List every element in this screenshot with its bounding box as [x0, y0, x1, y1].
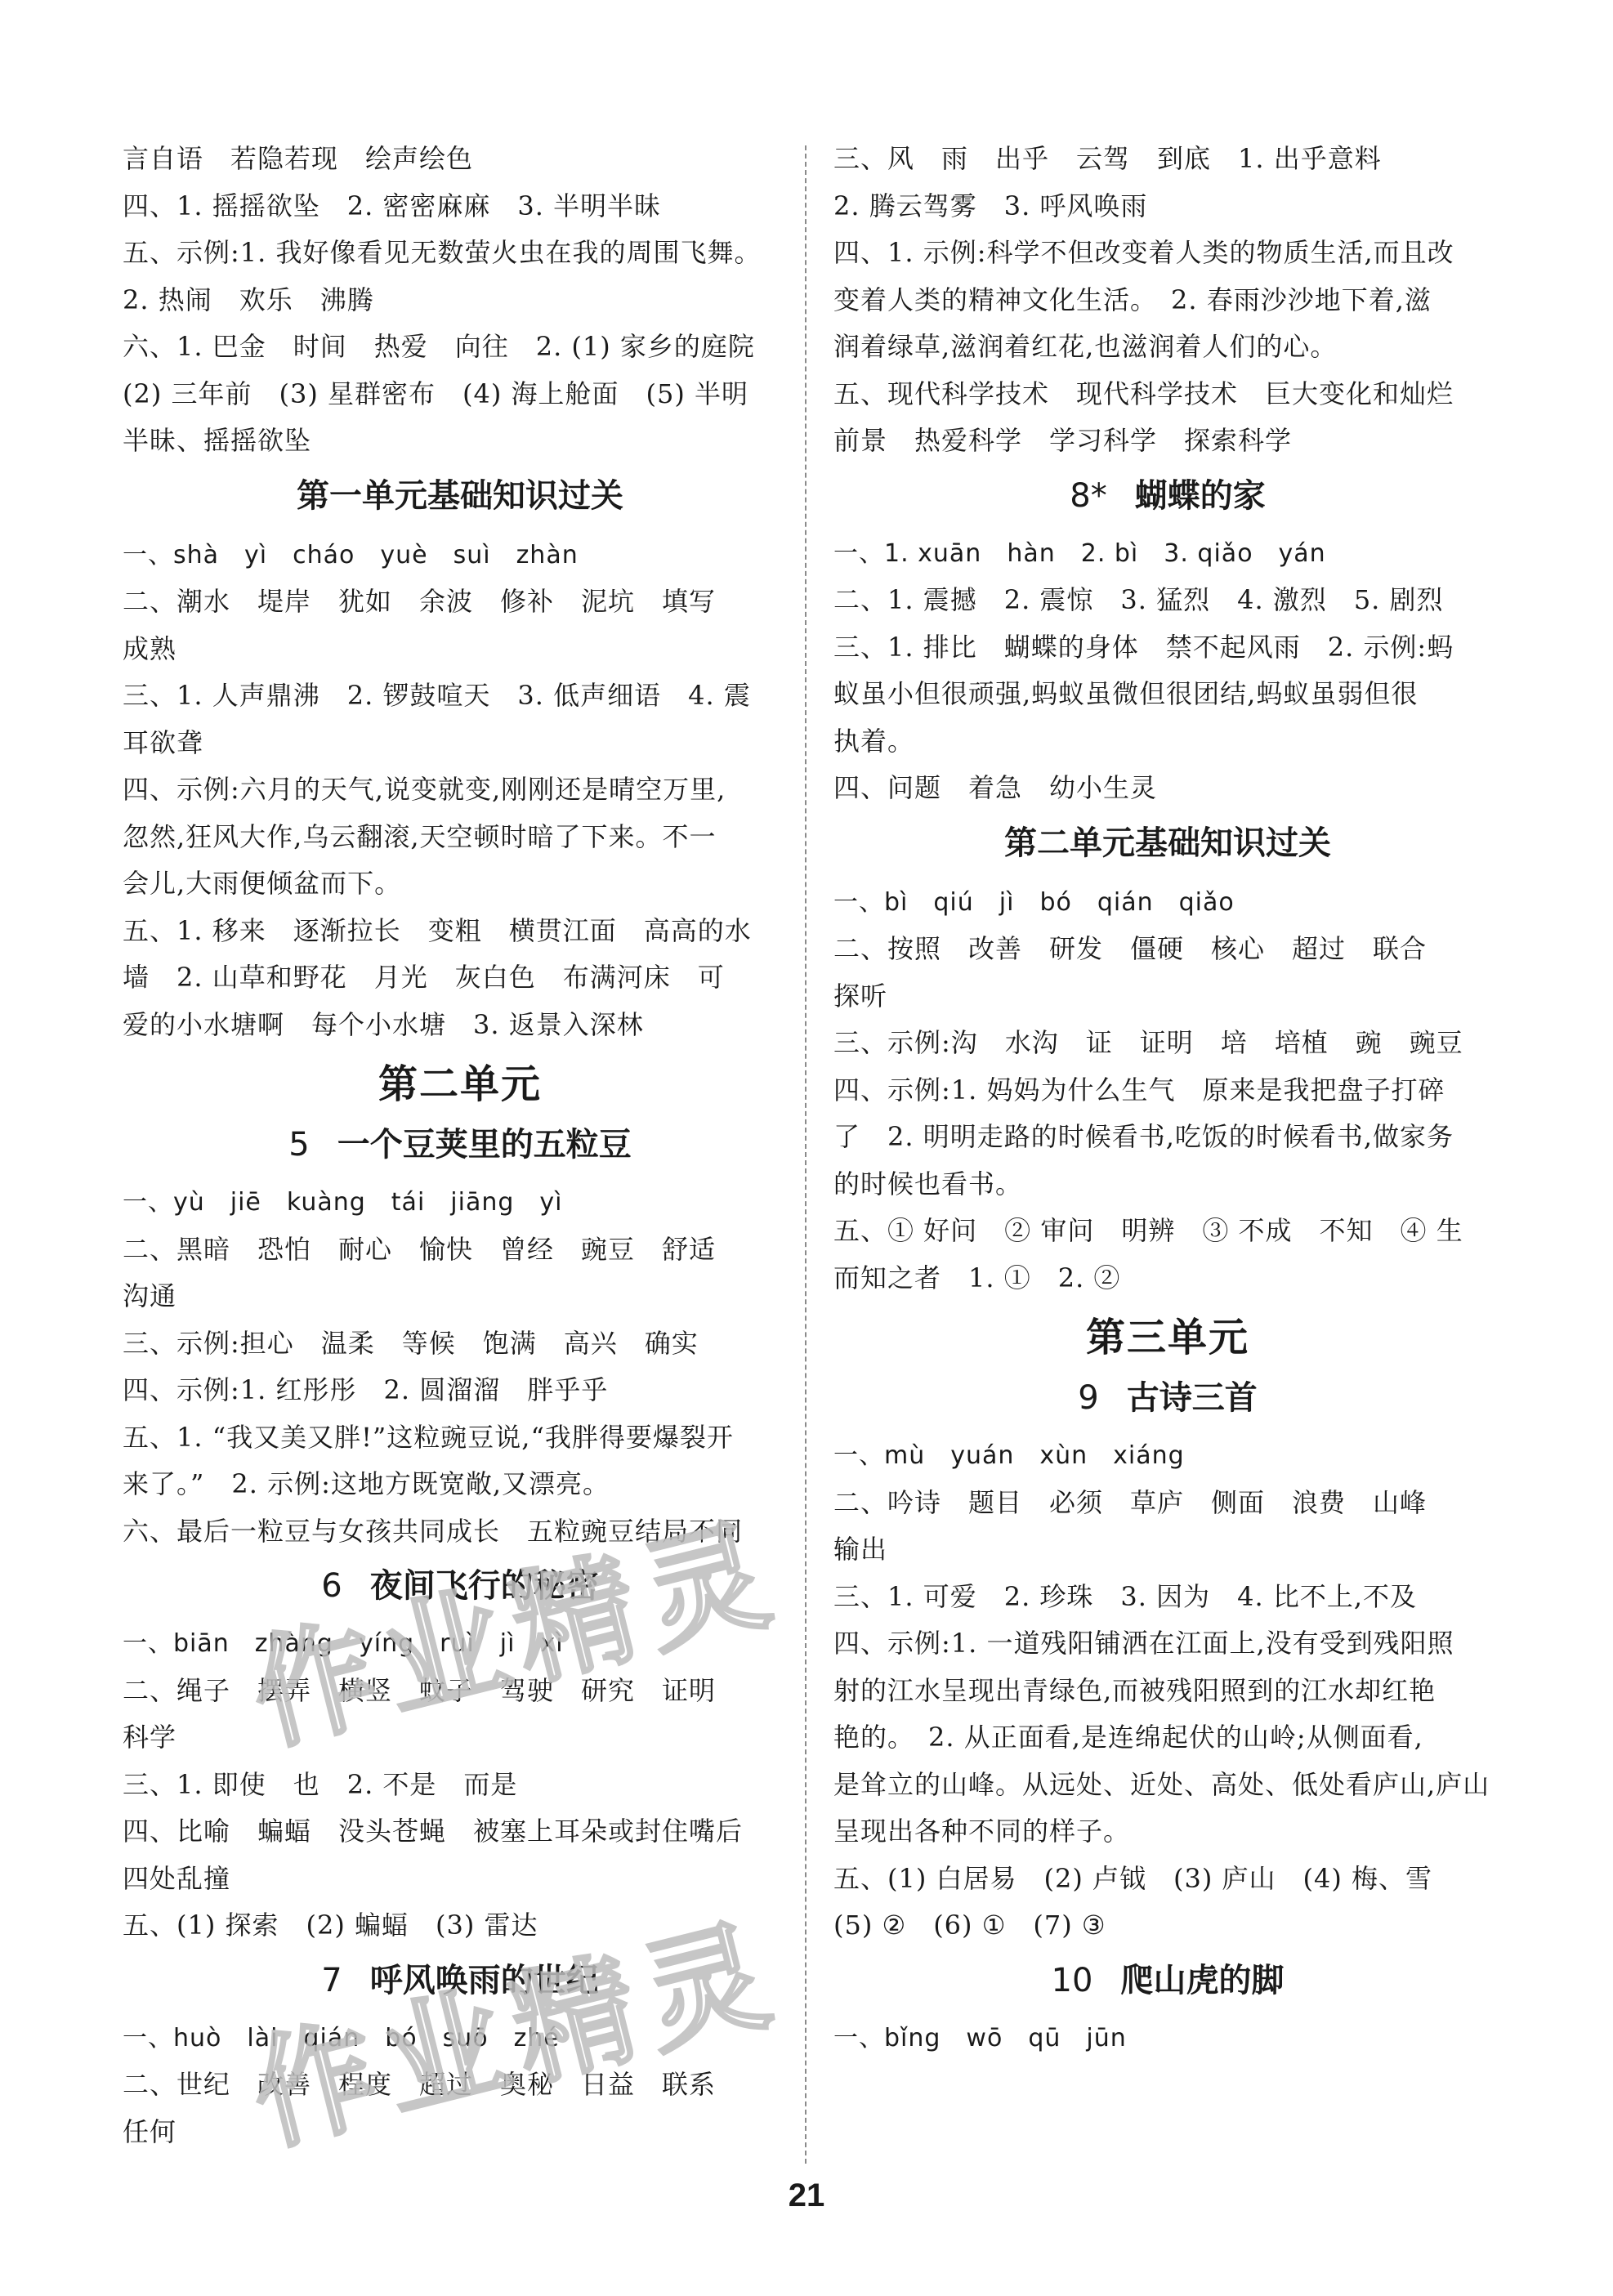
answer-line: 是耸立的山峰。从远处、近处、高处、低处看庐山,庐山	[833, 1762, 1502, 1809]
answer-line: 科学	[123, 1714, 798, 1762]
answer-line: 沟通	[123, 1273, 798, 1320]
left-column: 言自语 若隐若现 绘声绘色四、1. 摇摇欲坠 2. 密密麻麻 3. 半明半昧五、…	[123, 136, 798, 2155]
answer-line: 爱的小水塘啊 每个小水塘 3. 返景入深林	[123, 1002, 798, 1049]
answer-line: 三、1. 人声鼎沸 2. 锣鼓喧天 3. 低声细语 4. 震	[123, 672, 798, 720]
answer-line: 射的江水呈现出青绿色,而被残阳照到的江水却红艳	[833, 1668, 1502, 1715]
answer-line: 输出	[833, 1526, 1502, 1574]
lesson-title: 一个豆荚里的五粒豆	[337, 1126, 632, 1164]
answer-line: 一、shà yì cháo yuè suì zhàn	[123, 532, 798, 579]
section-heading: 第二单元基础知识过关	[833, 819, 1502, 868]
answer-line: 而知之者 1. ① 2. ②	[833, 1255, 1502, 1302]
answer-line: 三、1. 可爱 2. 珍珠 3. 因为 4. 比不上,不及	[833, 1574, 1502, 1621]
answer-line: 二、按照 改善 研发 僵硬 核心 超过 联合	[833, 926, 1502, 973]
lesson-number: 5	[288, 1126, 309, 1164]
answer-line: 三、示例:沟 水沟 证 证明 培 培植 豌 豌豆	[833, 1020, 1502, 1067]
lesson-heading: 6夜间飞行的秘密	[123, 1561, 798, 1610]
answer-line: 二、吟诗 题目 必须 草庐 侧面 浪费 山峰	[833, 1480, 1502, 1527]
answer-line: 润着绿草,滋润着红花,也滋润着人们的心。	[833, 324, 1502, 371]
answer-line: 蚁虽小但很顽强,蚂蚁虽微但很团结,蚂蚁虽弱但很	[833, 671, 1502, 718]
answer-line: 四、示例:六月的天气,说变就变,刚刚还是晴空万里,	[123, 766, 798, 814]
answer-line: 四、示例:1. 一道残阳铺洒在江面上,没有受到残阳照	[833, 1620, 1502, 1668]
answer-line: 四处乱撞	[123, 1856, 798, 1903]
answer-line: 来了。” 2. 示例:这地方既宽敞,又漂亮。	[123, 1461, 798, 1508]
page-number: 21	[0, 2178, 1613, 2214]
section-heading: 第一单元基础知识过关	[123, 471, 798, 520]
answer-line: 五、(1) 探索 (2) 蝙蝠 (3) 雷达	[123, 1902, 798, 1950]
answer-line: 二、世纪 改善 程度 超过 奥秘 日益 联系	[123, 2061, 798, 2109]
lesson-title: 爬山虎的脚	[1120, 1962, 1284, 1999]
answer-line: 三、1. 即使 也 2. 不是 而是	[123, 1762, 798, 1809]
lesson-title: 夜间飞行的秘密	[370, 1567, 599, 1605]
answer-line: 任何	[123, 2109, 798, 2156]
answer-line: 四、示例:1. 红彤彤 2. 圆溜溜 胖乎乎	[123, 1367, 798, 1414]
lesson-heading: 8*蝴蝶的家	[833, 471, 1502, 520]
lesson-number: 9	[1078, 1379, 1098, 1417]
unit-heading: 第三单元	[833, 1310, 1502, 1365]
answer-line: 四、1. 示例:科学不但改变着人类的物质生活,而且改	[833, 230, 1502, 277]
right-column: 三、风 雨 出乎 云驾 到底 1. 出乎意料2. 腾云驾雾 3. 呼风唤雨四、1…	[833, 136, 1502, 2061]
answer-line: 一、bǐng wō qū jūn	[833, 2015, 1502, 2062]
lesson-heading: 5一个豆荚里的五粒豆	[123, 1120, 798, 1169]
answer-line: 2. 热闹 欢乐 沸腾	[123, 277, 798, 324]
answer-line: 一、mù yuán xùn xiáng	[833, 1432, 1502, 1480]
answer-line: 五、(1) 白居易 (2) 卢钺 (3) 庐山 (4) 梅、雪	[833, 1856, 1502, 1903]
answer-line: (2) 三年前 (3) 星群密布 (4) 海上舱面 (5) 半明	[123, 371, 798, 418]
lesson-number: 10	[1052, 1962, 1093, 1999]
lesson-heading: 7呼风唤雨的世纪	[123, 1956, 798, 2005]
answer-line: 四、问题 着急 幼小生灵	[833, 765, 1502, 812]
answer-line: 五、示例:1. 我好像看见无数萤火虫在我的周围飞舞。	[123, 230, 798, 277]
answer-line: 言自语 若隐若现 绘声绘色	[123, 136, 798, 183]
answer-line: 六、最后一粒豆与女孩共同成长 五粒豌豆结局不同	[123, 1508, 798, 1556]
answer-line: 成熟	[123, 626, 798, 673]
answer-line: 三、风 雨 出乎 云驾 到底 1. 出乎意料	[833, 136, 1502, 183]
answer-line: 半昧、摇摇欲坠	[123, 418, 798, 465]
answer-line: 二、绳子 摆弄 横竖 蚊子 驾驶 研究 证明	[123, 1668, 798, 1715]
lesson-title: 呼风唤雨的世纪	[370, 1962, 599, 1999]
answer-line: 的时候也看书。	[833, 1161, 1502, 1208]
answer-line: 二、潮水 堤岸 犹如 余波 修补 泥坑 填写	[123, 578, 798, 626]
answer-line: 五、现代科学技术 现代科学技术 巨大变化和灿烂	[833, 371, 1502, 418]
answer-line: 二、1. 震撼 2. 震惊 3. 猛烈 4. 激烈 5. 剧烈	[833, 577, 1502, 624]
answer-line: 会儿,大雨便倾盆而下。	[123, 860, 798, 908]
answer-line: 二、黑暗 恐怕 耐心 愉快 曾经 豌豆 舒适	[123, 1226, 798, 1274]
answer-line: 一、1. xuān hàn 2. bì 3. qiǎo yán	[833, 530, 1502, 578]
answer-line: 三、1. 排比 蝴蝶的身体 禁不起风雨 2. 示例:蚂	[833, 624, 1502, 672]
answer-line: 呈现出各种不同的样子。	[833, 1808, 1502, 1856]
lesson-heading: 10爬山虎的脚	[833, 1956, 1502, 2005]
answer-line: 执着。	[833, 718, 1502, 766]
answer-line: 五、1. 移来 逐渐拉长 变粗 横贯江面 高高的水	[123, 908, 798, 955]
lesson-number: 6	[321, 1567, 342, 1605]
answer-line: 一、yù jiē kuàng tái jiāng yì	[123, 1179, 798, 1226]
answer-line: 墙 2. 山草和野花 月光 灰白色 布满河床 可	[123, 954, 798, 1002]
lesson-number: 7	[321, 1962, 342, 1999]
answer-line: (5) ② (6) ① (7) ③	[833, 1902, 1502, 1950]
answer-line: 四、示例:1. 妈妈为什么生气 原来是我把盘子打碎	[833, 1067, 1502, 1114]
answer-line: 探听	[833, 973, 1502, 1021]
lesson-title: 蝴蝶的家	[1135, 477, 1266, 515]
column-divider	[805, 145, 806, 2164]
answer-line: 一、bì qiú jì bó qián qiǎo	[833, 879, 1502, 927]
answer-line: 2. 腾云驾雾 3. 呼风唤雨	[833, 183, 1502, 230]
lesson-number: 8*	[1070, 477, 1106, 515]
answer-line: 耳欲聋	[123, 720, 798, 767]
answer-line: 前景 热爱科学 学习科学 探索科学	[833, 418, 1502, 465]
answer-line: 四、比喻 蝙蝠 没头苍蝇 被塞上耳朵或封住嘴后	[123, 1808, 798, 1856]
answer-line: 三、示例:担心 温柔 等候 饱满 高兴 确实	[123, 1320, 798, 1368]
answer-line: 五、1. “我又美又胖!”这粒豌豆说,“我胖得要爆裂开	[123, 1414, 798, 1462]
unit-heading: 第二单元	[123, 1056, 798, 1112]
answer-line: 四、1. 摇摇欲坠 2. 密密麻麻 3. 半明半昧	[123, 183, 798, 230]
answer-line: 艳的。 2. 从正面看,是连绵起伏的山岭;从侧面看,	[833, 1714, 1502, 1762]
answer-line: 六、1. 巴金 时间 热爱 向往 2. (1) 家乡的庭院	[123, 324, 798, 371]
answer-line: 一、huò lài qián bó suō zhé	[123, 2015, 798, 2062]
answer-line: 一、biān zhàng yíng ruì jì xì	[123, 1620, 798, 1668]
lesson-title: 古诗三首	[1127, 1379, 1258, 1417]
answer-line: 变着人类的精神文化生活。 2. 春雨沙沙地下着,滋	[833, 277, 1502, 324]
answer-line: 忽然,狂风大作,乌云翻滚,天空顿时暗了下来。不一	[123, 814, 798, 861]
answer-line: 五、① 好问 ② 审问 明辨 ③ 不成 不知 ④ 生	[833, 1208, 1502, 1255]
lesson-heading: 9古诗三首	[833, 1374, 1502, 1423]
answer-line: 了 2. 明明走路的时候看书,吃饭的时候看书,做家务	[833, 1114, 1502, 1161]
